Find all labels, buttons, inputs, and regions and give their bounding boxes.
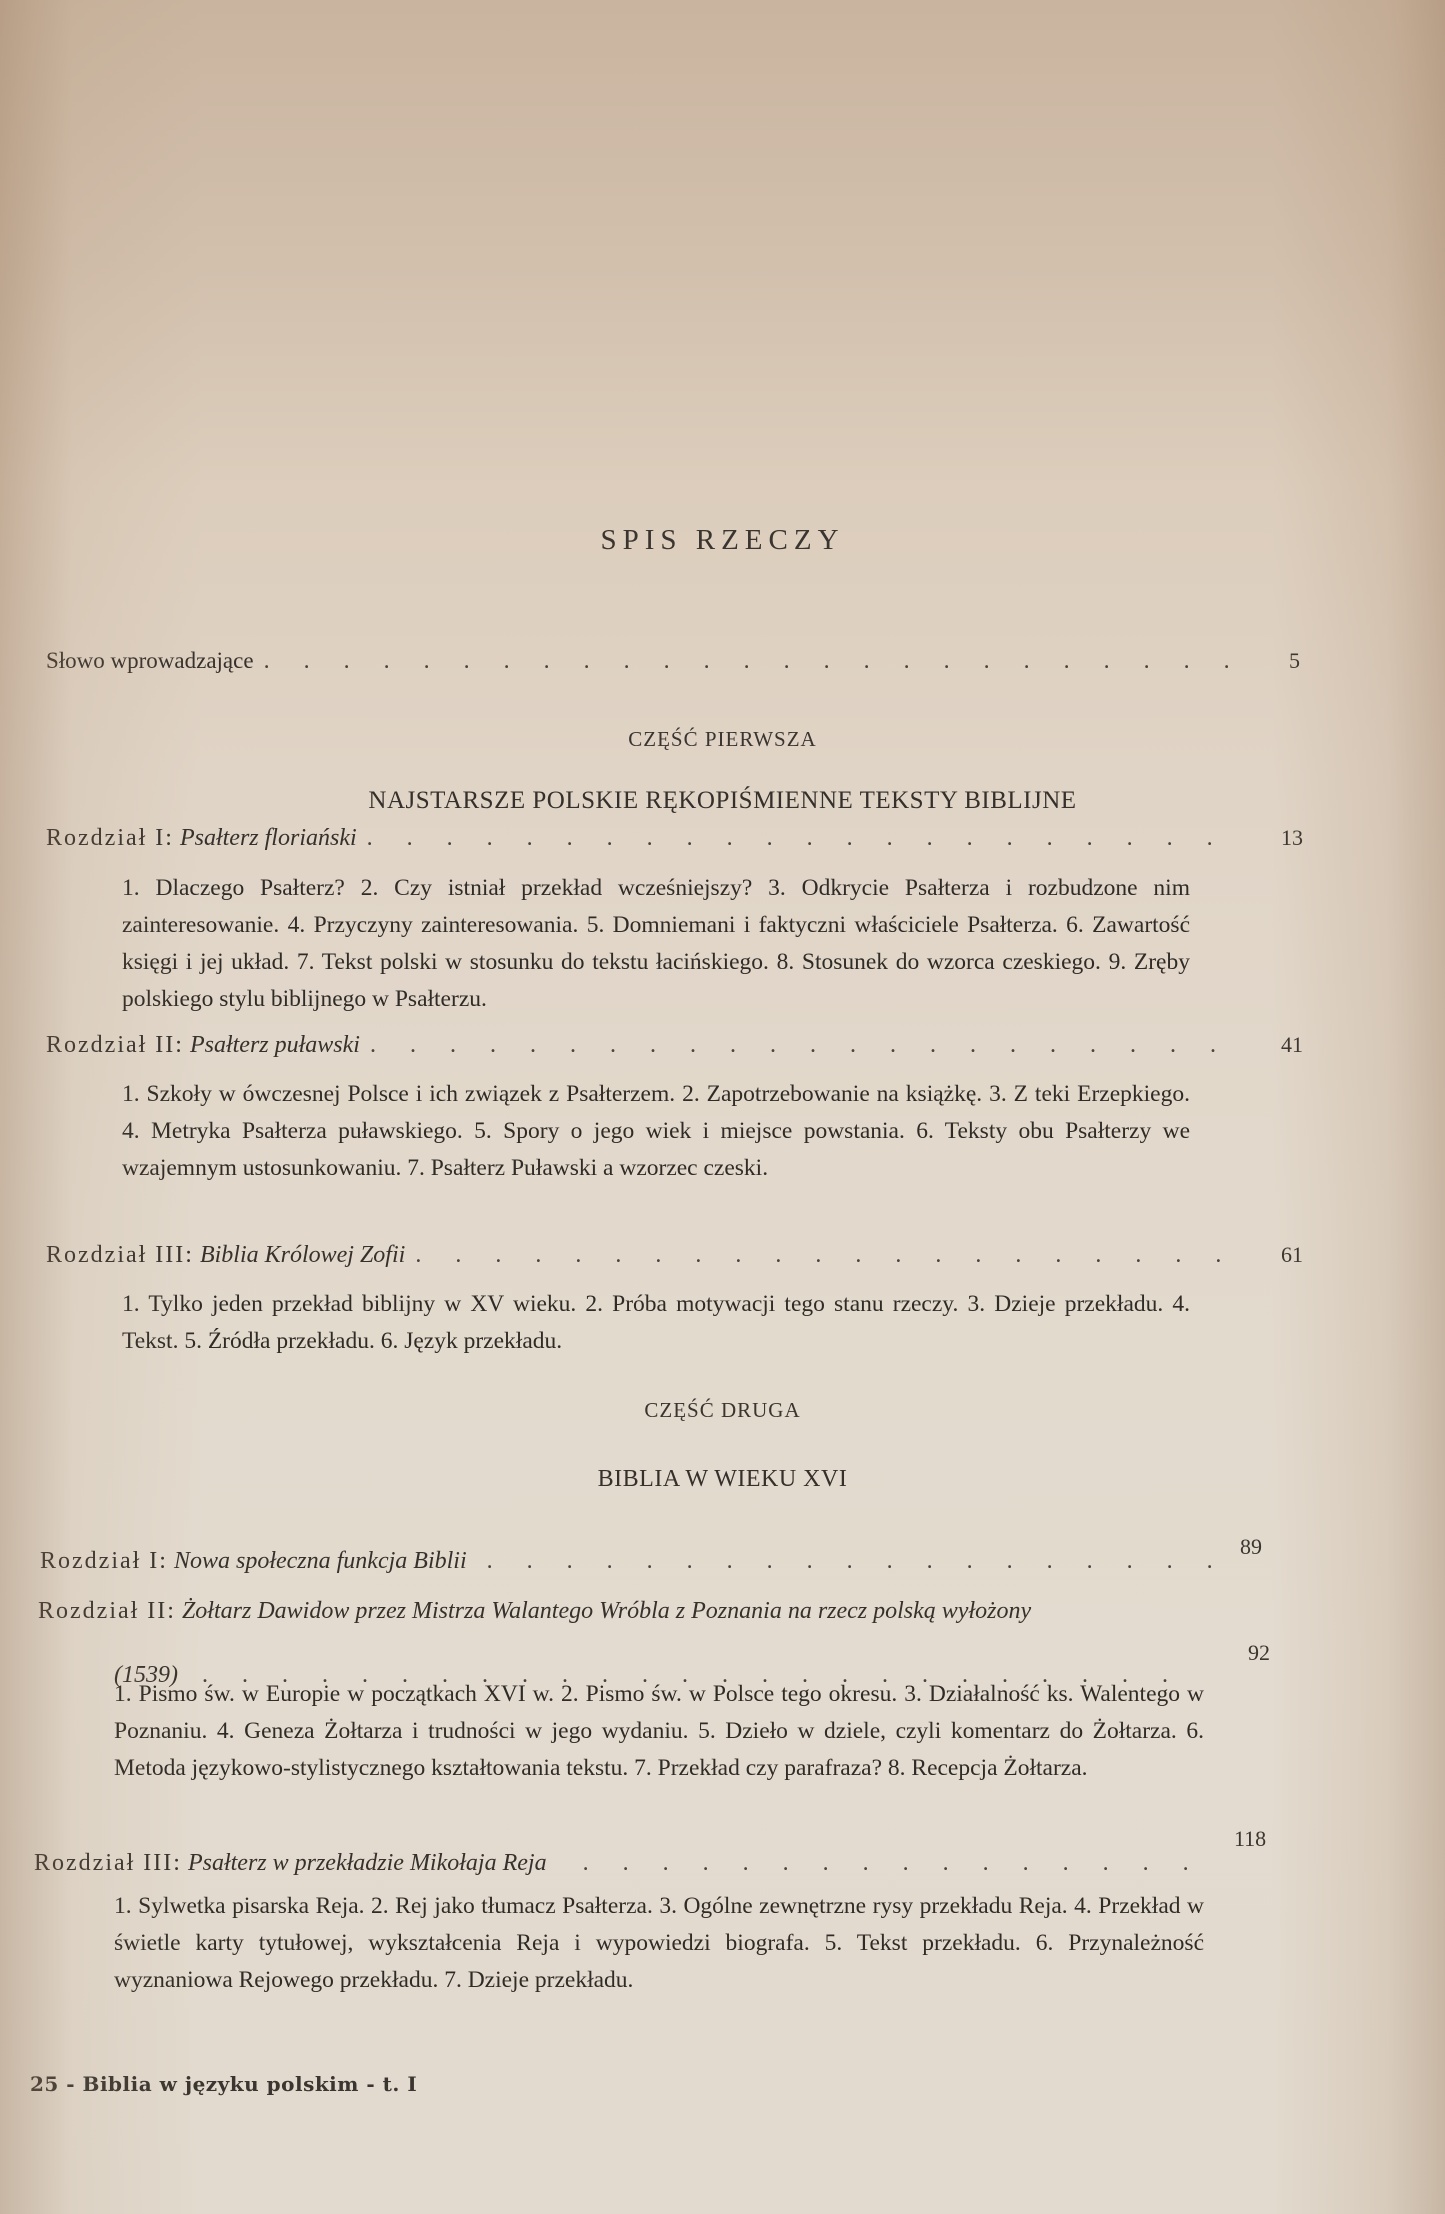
toc-entry-chapter[interactable]: Rozdział I: Nowa społeczna funkcja Bibli… [40,1548,1260,1575]
toc-entry-chapter[interactable]: Rozdział III: Psałterz w przekładzie Mik… [34,1850,1214,1877]
part-heading: CZĘŚĆ PIERWSZA [0,727,1445,752]
chapter-summary: 1. Dlaczego Psałterz? 2. Czy istniał prz… [122,870,1190,1018]
chapter-prefix: Rozdział III: [34,1850,182,1876]
chapter-title: Rozdział III: Biblia Królowej Zofii [46,1242,405,1269]
page-number: 92 [1248,1640,1270,1666]
dot-leader: . . . . . . . . . . . . . . . . . . . . … [370,1032,1246,1059]
book-page: SPIS RZECZY Słowo wprowadzające . . . . … [0,0,1445,2214]
part-subtitle: BIBLIA W WIEKU XVI [0,1466,1445,1493]
chapter-name: Psałterz w przekładzie Mikołaja Reja [188,1850,547,1876]
chapter-name: Żołtarz Dawidow przez Mistrza Walantego … [182,1598,1031,1624]
chapter-prefix: Rozdział I: [40,1548,168,1574]
chapter-summary: 1. Sylwetka pisarska Reja. 2. Rej jako t… [114,1888,1204,1999]
chapter-title: Rozdział III: Psałterz w przekładzie Mik… [34,1850,547,1877]
toc-entry-chapter[interactable]: Rozdział I: Psałterz floriański . . . . … [46,825,1266,852]
page-number: 61 [1281,1242,1303,1268]
page-number: 13 [1281,825,1303,851]
page-title: SPIS RZECZY [0,524,1445,557]
chapter-prefix: Rozdział I: [46,825,174,851]
toc-entry-intro[interactable]: Słowo wprowadzające . . . . . . . . . . … [46,648,1266,675]
chapter-title: Rozdział I: Nowa społeczna funkcja Bibli… [40,1548,467,1575]
dot-leader: . . . . . . . . . . . . . . . . . . . . … [367,825,1246,852]
chapter-prefix: Rozdział II: [46,1032,184,1058]
dot-leader: . . . . . . . . . . . . . . . . . . . . … [415,1242,1246,1269]
chapter-summary: 1. Tylko jeden przekład biblijny w XV wi… [122,1286,1190,1360]
chapter-name: Nowa społeczna funkcja Biblii [174,1548,467,1574]
chapter-prefix: Rozdział III: [46,1242,194,1268]
chapter-summary: 1. Pismo św. w Europie w początkach XVI … [114,1676,1204,1787]
dot-leader: . . . . . . . . . . . . . . . . . . . . … [583,1850,1194,1877]
part-heading: CZĘŚĆ DRUGA [0,1398,1445,1423]
dot-leader: . . . . . . . . . . . . . . . . . . . . … [264,648,1246,675]
page-number: 41 [1281,1032,1303,1058]
chapter-name: Psałterz puławski [190,1032,360,1058]
toc-entry-chapter[interactable]: Rozdział III: Biblia Królowej Zofii . . … [46,1242,1266,1269]
chapter-name: Biblia Królowej Zofii [200,1242,405,1268]
toc-entry-label: Słowo wprowadzające [46,648,254,674]
page-number: 118 [1234,1826,1266,1852]
chapter-name: Psałterz floriański [180,825,357,851]
toc-entry-chapter[interactable]: Rozdział II: Żołtarz Dawidow przez Mistr… [38,1598,1218,1625]
page-number: 5 [1289,648,1300,674]
part-subtitle: NAJSTARSZE POLSKIE RĘKOPIŚMIENNE TEKSTY … [0,787,1445,815]
chapter-title: Rozdział I: Psałterz floriański [46,825,357,852]
page-number: 89 [1240,1534,1262,1560]
toc-entry-chapter[interactable]: Rozdział II: Psałterz puławski . . . . .… [46,1032,1266,1059]
page-footer-signature: 25 - Biblia w języku polskim - t. I [30,2072,417,2096]
chapter-summary: 1. Szkoły w ówczesnej Polsce i ich związ… [122,1076,1190,1187]
chapter-prefix: Rozdział II: [38,1598,176,1624]
dot-leader: . . . . . . . . . . . . . . . . . . . . … [487,1548,1240,1575]
chapter-title: Rozdział II: Psałterz puławski [46,1032,360,1059]
chapter-title: Rozdział II: Żołtarz Dawidow przez Mistr… [38,1598,1031,1625]
